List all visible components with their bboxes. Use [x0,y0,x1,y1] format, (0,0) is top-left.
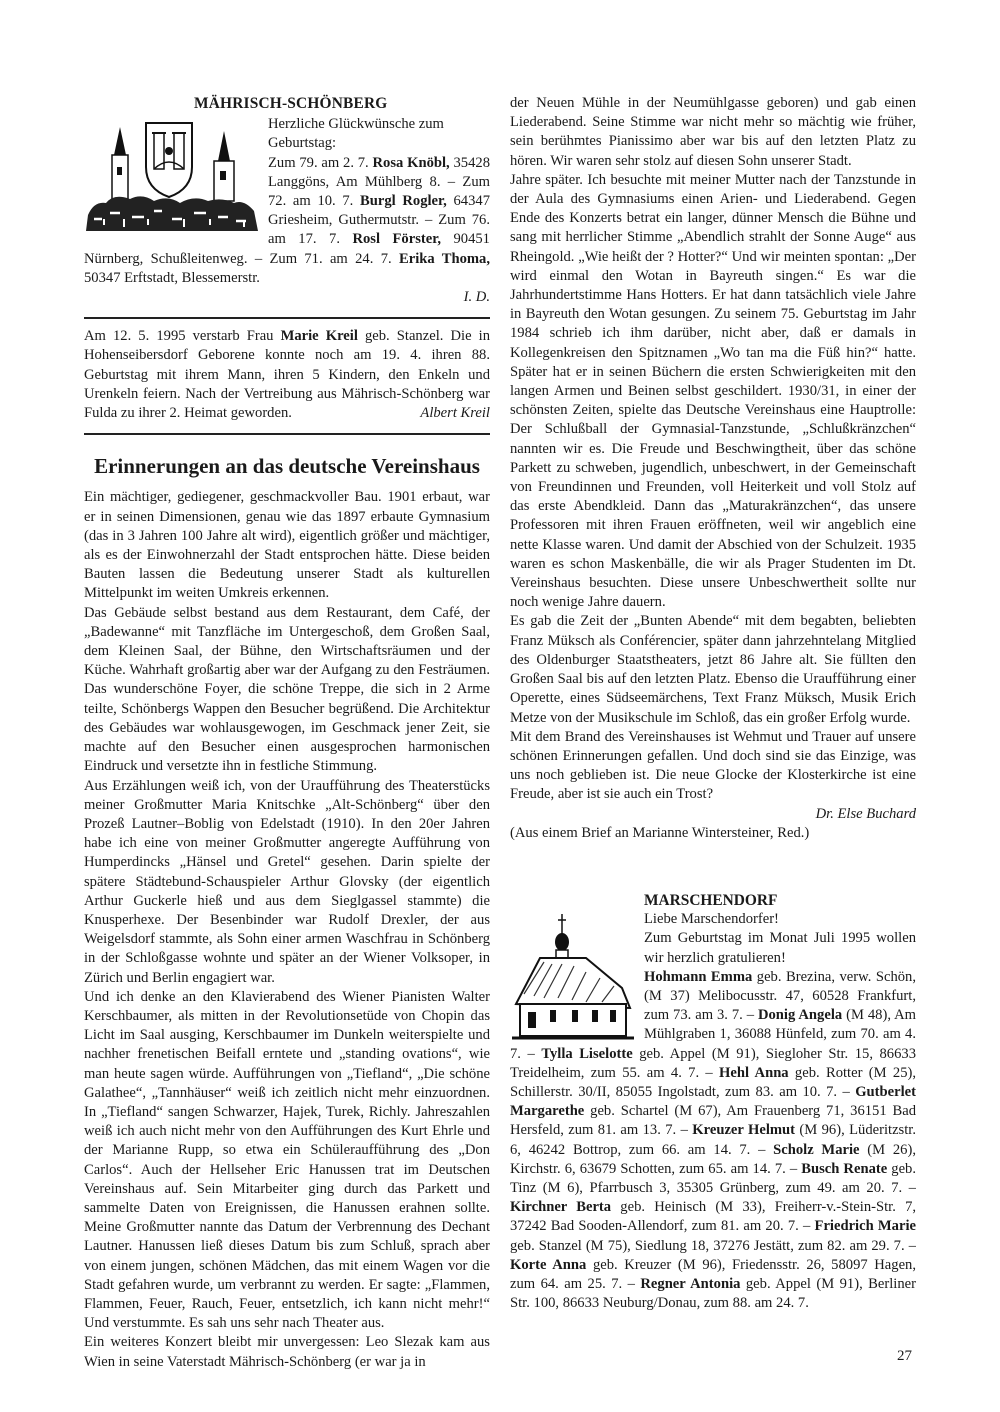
article-paragraph: Aus Erzählungen weiß ich, von der Urauff… [84,777,490,988]
article-paragraph: Es gab die Zeit der „Bunten Abende“ mit … [510,612,916,727]
birthday-name: Friedrich Marie [815,1218,916,1234]
article-signature: Dr. Else Buchard [510,805,916,824]
birthday-name: Scholz Marie [773,1142,859,1158]
birthday-name: Rosl Förster, [352,231,441,247]
entry-text: geb. Stanzel (M 75), Siedlung 18, 37276 … [510,1238,916,1254]
marschendorf-body: Liebe Marschendorfer! Zum Geburtstag im … [510,910,916,1313]
right-column: der Neuen Mühle in der Neumühlgasse gebo… [510,94,916,1313]
left-column: MÄHRISCH-SCHÖNBERG [84,94,490,1372]
birthday-name: Hohmann Emma [644,969,752,985]
article-paragraph: der Neuen Mühle in der Neumühlgasse gebo… [510,94,916,171]
divider-rule [84,433,490,435]
birthday-name: Burgl Rogler, [360,193,447,209]
page-number: 27 [897,1348,912,1365]
article-source-note: (Aus einem Brief an Marianne Winterstein… [510,824,916,843]
birthday-name: Donig Angela [758,1007,842,1023]
article-paragraph: Jahre später. Ich besuchte mit meiner Mu… [510,171,916,613]
article-title: Erinnerungen an das deutsche Vereinshaus [84,453,490,479]
article-paragraph: Ein mächtiger, gediegener, geschmackvoll… [84,488,490,603]
birthday-name: Erika Thoma, [399,251,490,267]
birthday-name: Busch Renate [801,1161,887,1177]
town-coat-of-arms-illustration [84,115,260,233]
birthday-name: Regner Antonia [640,1276,740,1292]
maehrisch-signature: I. D. [84,288,490,307]
section-title-maehrisch: MÄHRISCH-SCHÖNBERG [84,94,490,113]
birthday-name: Rosa Knöbl, [373,155,450,171]
entry-prefix: – Zum 71. am 24. 7. [248,251,399,267]
entry-address: 50347 Erftstadt, Blessemerstr. [84,270,260,286]
article-paragraph: Und ich denke an den Klavierabend des Wi… [84,988,490,1334]
church-illustration [510,912,636,1044]
article-paragraph: Mit dem Brand des Vereinshauses ist Wehm… [510,728,916,805]
birthday-name: Korte Anna [510,1257,586,1273]
birthday-name: Kirchner Berta [510,1199,611,1215]
maehrisch-birthdays: Herzliche Glückwünsche zum Geburtstag: Z… [84,115,490,307]
birthday-name: Kreuzer Helmut [692,1122,795,1138]
article-paragraph: Ein weiteres Konzert bleibt mir unverges… [84,1333,490,1371]
marschendorf-birthdays: MARSCHENDORF L [510,891,916,1313]
obituary-name: Marie Kreil [281,328,358,344]
birthday-name: Tylla Liselotte [541,1046,632,1062]
obituary-pre: Am 12. 5. 1995 verstarb Frau [84,328,281,344]
entry-prefix: Zum 79. am 2. 7. [268,155,373,171]
article-paragraph: Das Gebäude selbst bestand aus dem Resta… [84,604,490,777]
birthday-name: Hehl Anna [719,1065,789,1081]
divider-rule [84,317,490,319]
town-skyline-icon [84,115,260,233]
section-title-marschendorf: MARSCHENDORF [510,891,916,910]
church-icon [510,912,636,1044]
